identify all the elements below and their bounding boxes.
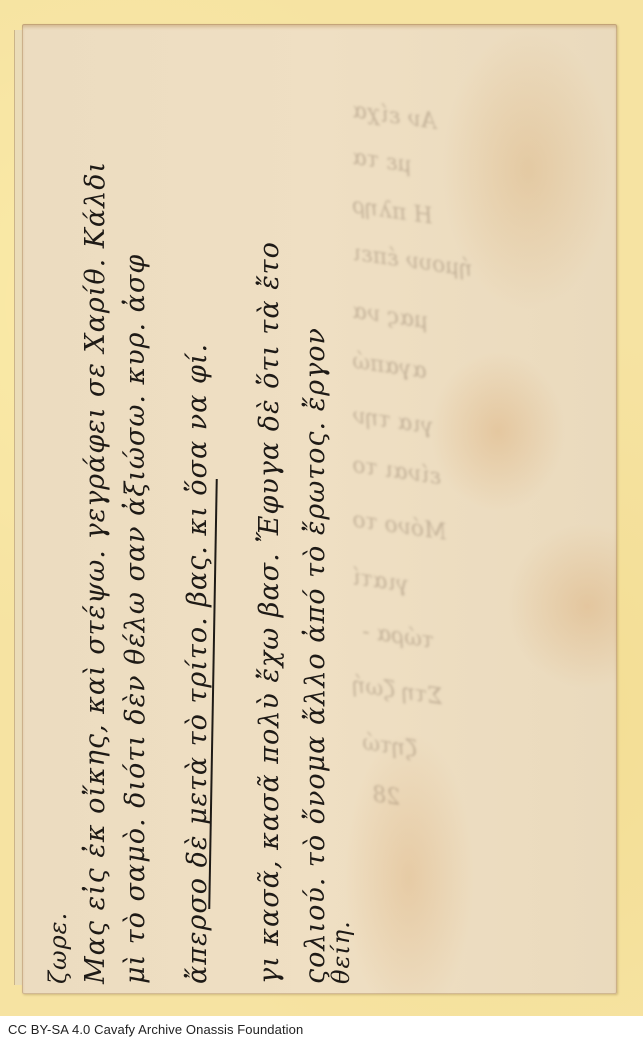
bleed-through-text: ήμουν έπει bbox=[351, 241, 474, 283]
bleed-through-text: με τα bbox=[351, 145, 414, 178]
manuscript-page: Αν είχα με τα Η πληρ ήμουν έπει μας να α… bbox=[22, 24, 617, 994]
bleed-through-text: Στη ζωή bbox=[351, 673, 445, 710]
handwritten-line: θείη. bbox=[327, 920, 355, 984]
handwritten-line: μὶ τὸ σαμὸ. διότι δὲν θέλω σαν ἀξιώσω. κ… bbox=[120, 254, 151, 984]
handwritten-line: ςολιού. τὸ ὄνομα ἄλλο ἀπό τὸ ἔρωτος. ἔργ… bbox=[300, 327, 331, 984]
bleed-through-text: για την bbox=[351, 403, 436, 439]
handwritten-line: ζωρε. bbox=[44, 912, 72, 984]
bleed-through-text: μας να bbox=[351, 299, 430, 334]
handwritten-line: Μας εἰς ἐκ οἴκης, καὶ στέψω. γεγράφει σε… bbox=[80, 161, 111, 984]
bleed-through-text: γιατί bbox=[351, 565, 411, 598]
license-caption: CC BY-SA 4.0 Cavafy Archive Onassis Foun… bbox=[8, 1022, 303, 1037]
bleed-through-text: τώρα - bbox=[361, 619, 436, 654]
bleed-through-text: Η πληρ bbox=[351, 194, 434, 230]
bleed-through-text: Αν είχα bbox=[351, 98, 439, 135]
bleed-through-text: αγαπώ bbox=[351, 349, 429, 384]
bleed-through-text: είναι το bbox=[351, 453, 443, 490]
bleed-through-text: 28 bbox=[370, 782, 401, 811]
handwritten-line: γι κασᾶ, κασᾶ πολὺ ἔχω βασ. Ἔφυγα δὲ ὅτι… bbox=[254, 241, 285, 984]
bleed-through-text: ζητώ bbox=[361, 730, 419, 762]
bleed-through-text: Μόνο το bbox=[351, 508, 448, 546]
